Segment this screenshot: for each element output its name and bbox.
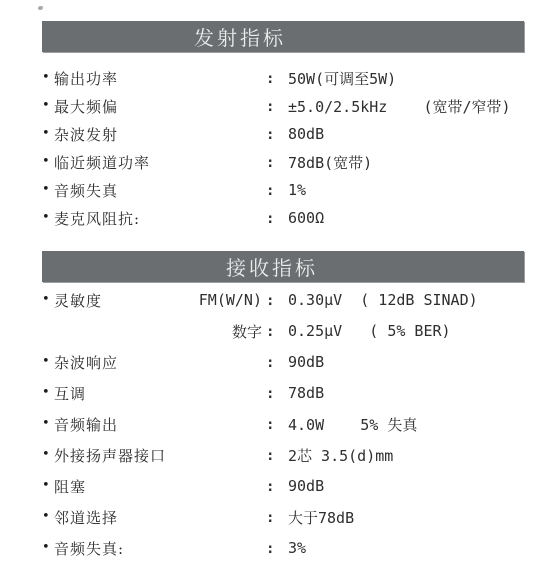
bullet-icon: • bbox=[42, 99, 54, 112]
spec-label: 灵敏度 bbox=[54, 290, 198, 311]
spec-value: 0.30μV ( 12dB SINAD) bbox=[288, 291, 524, 309]
colon-separator: : bbox=[262, 386, 288, 402]
spec-row-adjacent-channel-power: • 临近频道功率 : 78dB(宽带) bbox=[42, 148, 524, 176]
colon-separator: : bbox=[262, 183, 288, 199]
spec-value: 78dB bbox=[288, 384, 524, 402]
spec-value: 80dB bbox=[288, 125, 524, 143]
spec-value: 大于78dB bbox=[288, 507, 524, 528]
section-title: 接收指标 bbox=[226, 252, 318, 281]
section-header-receive: 接收指标 bbox=[42, 251, 524, 282]
spec-sublabel: FM(W/N) bbox=[198, 291, 262, 309]
colon-separator: : bbox=[262, 155, 288, 171]
bullet-icon: • bbox=[42, 417, 54, 430]
spec-value: 2芯 3.5(d)mm bbox=[288, 445, 524, 466]
spec-label: 音频输出 bbox=[54, 414, 198, 435]
colon-separator: : bbox=[262, 324, 288, 340]
colon-separator: : bbox=[262, 99, 288, 115]
spec-label: 互调 bbox=[54, 383, 198, 404]
colon-separator: : bbox=[262, 127, 288, 143]
bullet-icon: • bbox=[42, 293, 54, 306]
bullet-icon: • bbox=[42, 355, 54, 368]
spec-row-audio-distortion: • 音频失真 : 1% bbox=[42, 176, 524, 204]
spec-value: 78dB(宽带) bbox=[288, 152, 524, 173]
spec-label: 临近频道功率 bbox=[54, 152, 198, 173]
spec-row-max-deviation: • 最大频偏 : ±5.0/2.5kHz (宽带/窄带) bbox=[42, 92, 524, 120]
bullet-icon: • bbox=[42, 448, 54, 461]
spec-sublabel: 数字 bbox=[198, 321, 262, 342]
spec-row-audio-output: • 音频输出 : 4.0W 5% 失真 bbox=[42, 410, 524, 438]
spec-value: 90dB bbox=[288, 477, 524, 495]
section-receive: 接收指标 • 灵敏度 FM(W/N) : 0.30μV ( 12dB SINAD… bbox=[42, 251, 524, 562]
colon-separator: : bbox=[262, 211, 288, 227]
spec-value: 1% bbox=[288, 181, 524, 199]
bullet-icon: • bbox=[42, 183, 54, 196]
spec-row-spurious-response: • 杂波响应 : 90dB bbox=[42, 348, 524, 376]
spec-value: 50W(可调至5W) bbox=[288, 68, 524, 89]
spec-label: 音频失真: bbox=[54, 538, 198, 559]
spec-row-output-power: • 输出功率 : 50W(可调至5W) bbox=[42, 64, 524, 92]
spec-value: 90dB bbox=[288, 353, 524, 371]
colon-separator: : bbox=[262, 510, 288, 526]
colon-separator: : bbox=[262, 479, 288, 495]
colon-separator: : bbox=[262, 417, 288, 433]
spec-label: 麦克风阻抗: bbox=[54, 208, 198, 229]
spec-value: 600Ω bbox=[288, 209, 524, 227]
spec-rows-receive: • 灵敏度 FM(W/N) : 0.30μV ( 12dB SINAD) 数字 … bbox=[42, 282, 524, 562]
spec-value: 3% bbox=[288, 539, 524, 557]
scan-artifact bbox=[38, 6, 43, 10]
bullet-icon: • bbox=[42, 71, 54, 84]
bullet-icon: • bbox=[42, 541, 54, 554]
colon-separator: : bbox=[262, 541, 288, 557]
spec-row-ext-speaker-jack: • 外接扬声器接口 : 2芯 3.5(d)mm bbox=[42, 441, 524, 469]
spec-row-sensitivity-fm: • 灵敏度 FM(W/N) : 0.30μV ( 12dB SINAD) bbox=[42, 286, 524, 314]
bullet-icon: • bbox=[42, 479, 54, 492]
colon-separator: : bbox=[262, 355, 288, 371]
bullet-icon: • bbox=[42, 510, 54, 523]
spec-row-sensitivity-digital: 数字 : 0.25μV ( 5% BER) bbox=[42, 317, 524, 345]
section-transmit: 发射指标 • 输出功率 : 50W(可调至5W) • 最大频偏 : ±5.0/2… bbox=[42, 21, 524, 232]
spec-value: 0.25μV ( 5% BER) bbox=[288, 322, 524, 340]
spec-row-mic-impedance: • 麦克风阻抗: : 600Ω bbox=[42, 204, 524, 232]
spec-label: 最大频偏 bbox=[54, 96, 198, 117]
spec-label: 杂波响应 bbox=[54, 352, 198, 373]
spec-label: 阻塞 bbox=[54, 476, 198, 497]
section-header-transmit: 发射指标 bbox=[42, 21, 524, 52]
spec-row-intermodulation: • 互调 : 78dB bbox=[42, 379, 524, 407]
spec-row-spurious-emission: • 杂波发射 : 80dB bbox=[42, 120, 524, 148]
spec-label: 杂波发射 bbox=[54, 124, 198, 145]
spec-sheet: 发射指标 • 输出功率 : 50W(可调至5W) • 最大频偏 : ±5.0/2… bbox=[42, 21, 524, 562]
bullet-icon: • bbox=[42, 155, 54, 168]
spec-value: 4.0W 5% 失真 bbox=[288, 414, 524, 435]
bullet-icon: • bbox=[42, 211, 54, 224]
spec-label: 邻道选择 bbox=[54, 507, 198, 528]
spec-label: 音频失真 bbox=[54, 180, 198, 201]
colon-separator: : bbox=[262, 293, 288, 309]
bullet-icon: • bbox=[42, 386, 54, 399]
spec-value: ±5.0/2.5kHz (宽带/窄带) bbox=[288, 96, 524, 117]
spec-rows-transmit: • 输出功率 : 50W(可调至5W) • 最大频偏 : ±5.0/2.5kHz… bbox=[42, 52, 524, 232]
spec-row-audio-distortion-rx: • 音频失真: : 3% bbox=[42, 534, 524, 562]
spec-label: 外接扬声器接口 bbox=[54, 445, 198, 466]
section-title: 发射指标 bbox=[194, 22, 286, 51]
spec-row-adjacent-channel-selectivity: • 邻道选择 : 大于78dB bbox=[42, 503, 524, 531]
spec-label: 输出功率 bbox=[54, 68, 198, 89]
colon-separator: : bbox=[262, 448, 288, 464]
colon-separator: : bbox=[262, 71, 288, 87]
bullet-icon: • bbox=[42, 127, 54, 140]
spec-row-blocking: • 阻塞 : 90dB bbox=[42, 472, 524, 500]
